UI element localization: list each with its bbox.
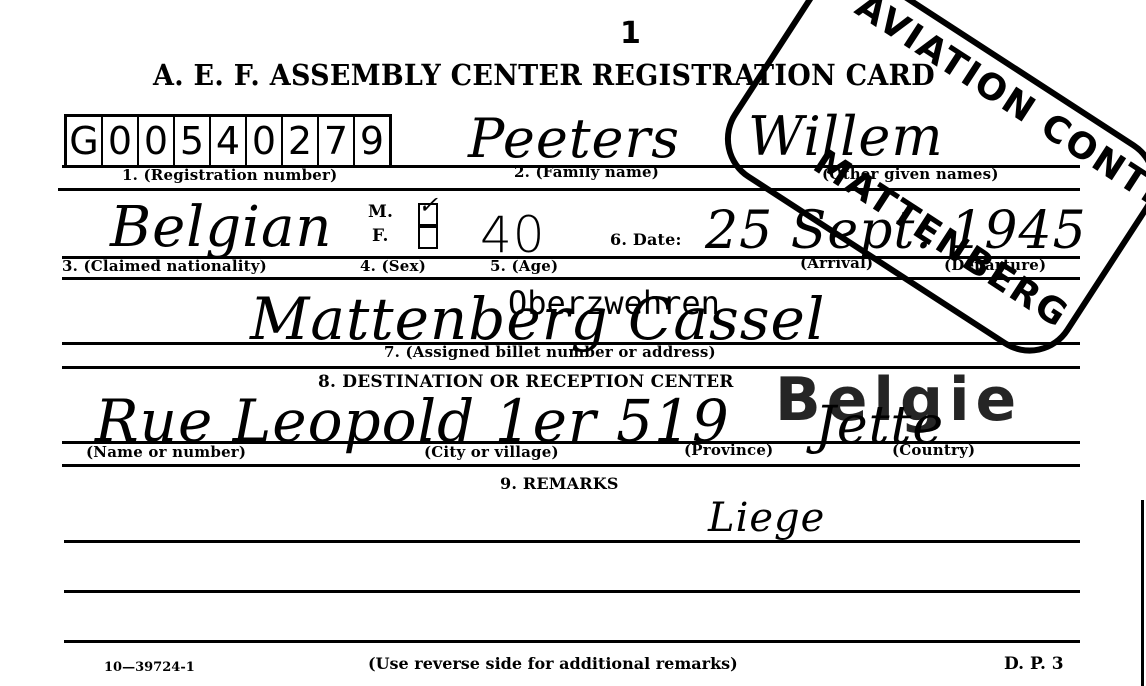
dest-country-label: (Country) — [892, 441, 975, 459]
family-name-value: Peeters — [468, 112, 680, 166]
remarks-line-1 — [64, 540, 1080, 543]
registration-number-label: 1. (Registration number) — [122, 166, 337, 184]
arrival-label: (Arrival) — [800, 254, 873, 272]
dest-province-label: (Province) — [684, 441, 773, 459]
reg-digit: 4 — [211, 117, 247, 165]
sex-m-checkbox[interactable]: ✓ — [418, 203, 438, 226]
checkmark-icon: ✓ — [418, 191, 438, 219]
reg-digit: 5 — [175, 117, 211, 165]
reg-digit: 0 — [139, 117, 175, 165]
age-value: 40 — [480, 210, 546, 260]
remarks-heading: 9. REMARKS — [500, 474, 619, 493]
dest-name-label: (Name or number) — [86, 443, 246, 461]
card-edge — [1141, 500, 1144, 686]
reg-digit: 0 — [103, 117, 139, 165]
form-code: 10—39724-1 — [104, 660, 195, 675]
sex-label: 4. (Sex) — [360, 257, 426, 275]
age-label: 5. (Age) — [490, 257, 558, 275]
family-name-label: 2. (Family name) — [514, 163, 659, 181]
form-id: D. P. 3 — [1004, 654, 1064, 674]
registration-number-box: G 0 0 5 4 0 2 7 9 — [64, 114, 392, 168]
nationality-label: 3. (Claimed nationality) — [62, 257, 267, 275]
reg-digit: 9 — [355, 117, 389, 165]
reg-digit: 7 — [319, 117, 355, 165]
billet-label: 7. (Assigned billet number or address) — [384, 343, 716, 361]
nationality-value: Belgian — [110, 200, 332, 256]
sex-f-checkbox[interactable] — [418, 226, 438, 249]
reg-digit: G — [67, 117, 103, 165]
remarks-line-3 — [64, 640, 1080, 643]
date-label: 6. Date: — [610, 230, 682, 249]
dest-city-label: (City or village) — [424, 443, 559, 461]
footer-instruction: (Use reverse side for additional remarks… — [368, 654, 738, 673]
reg-digit: 0 — [247, 117, 283, 165]
remarks-value: Liege — [708, 498, 825, 538]
reg-digit: 2 — [283, 117, 319, 165]
billet-handwritten-value: Mattenberg Cassel — [250, 290, 825, 348]
remarks-line-2 — [64, 590, 1080, 593]
stamp-line-2: MATTENBERG — [806, 142, 1076, 337]
sex-f-label: F. — [372, 226, 389, 246]
sex-m-label: M. — [368, 202, 393, 222]
rule-row4-bottom — [62, 464, 1080, 467]
page-number: 1 — [620, 16, 641, 51]
